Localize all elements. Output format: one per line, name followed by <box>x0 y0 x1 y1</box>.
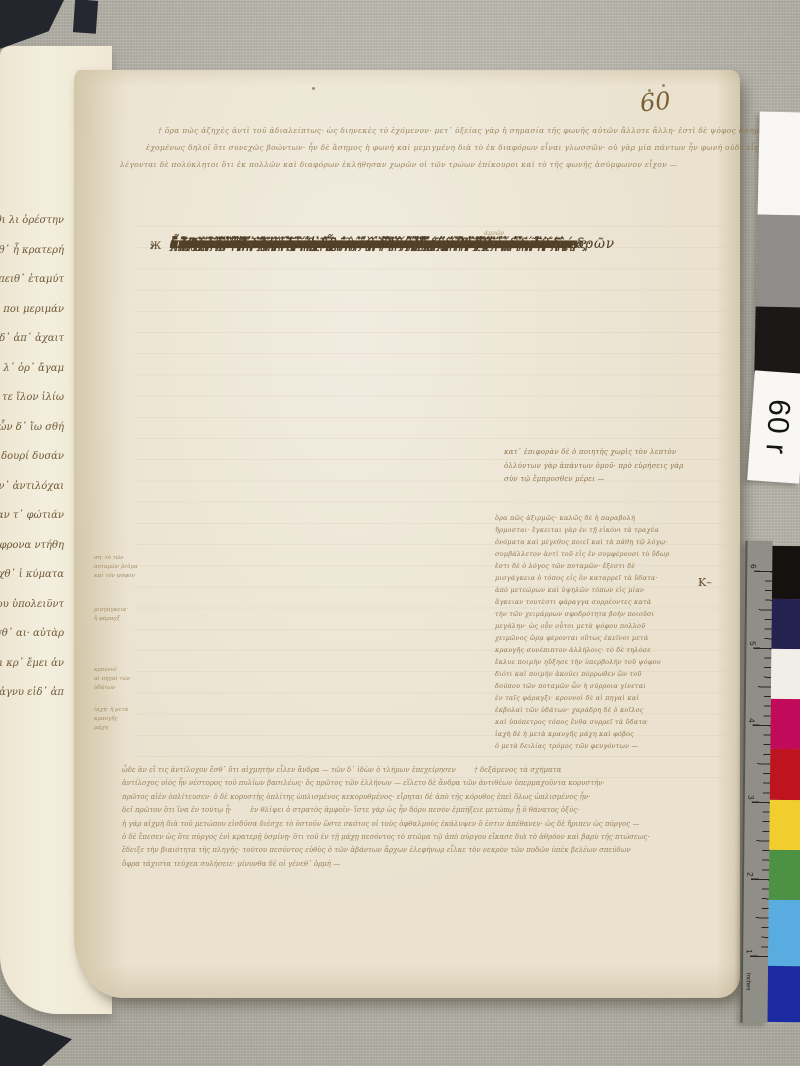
scholium-line: ἔστι δὲ ὁ λόγος τῶν ποταμῶν· ἔξεστι δὲ <box>495 560 661 572</box>
ruler-number: 3 <box>746 795 755 805</box>
grayscale-calibration-strip <box>754 112 800 374</box>
scholium-line: χειμῶνος ὥρᾳ φέρονται οὕτως ἐκεῖνοι μετὰ <box>495 632 661 644</box>
facing-page-line: απ᾽ ἀγνυ εἰδ᾽ ἀπ <box>0 678 64 708</box>
gloss-line: κρουνοί· <box>94 666 146 675</box>
scholium-line: ἄγκειαν τουτέστι φάραγγα συρρέοντες κατὰ <box>495 596 661 608</box>
gloss-line: μισγάγκεια· <box>94 606 146 615</box>
scholium-line: κατ᾽ ἐπιφορὰν δὲ ὁ ποιητὴς χωρὶς τὸν λεπ… <box>504 446 664 460</box>
facing-page-line: ᾶτ᾽ πειθ᾽ ἑταμύτ <box>0 265 64 295</box>
ruler-and-color-chart: 654321 Inches <box>740 541 800 1024</box>
photograph-of-manuscript: θι λι ὀρέστηνο σθ᾽ ἦ κρατερήᾶτ᾽ πειθ᾽ ἑτ… <box>0 0 800 1066</box>
scholium-line: δούπου τῶν ποταμῶν ὧν ἡ σύρροια γίνεται <box>495 680 661 692</box>
scholium-line: ἡ γὰρ αἰχμὴ διὰ τοῦ μετώπου εἰσδῦσα διέσ… <box>122 818 722 831</box>
ruler-number: 5 <box>748 641 757 651</box>
ink-dot <box>312 87 315 90</box>
color-patch <box>769 850 800 900</box>
scholium-line: ὧδε ἂν εἴ τις ἀντίλοχον ἔσθ᾽ ὅτι αἰχμητὴ… <box>122 764 722 777</box>
facing-page-line: οσθ᾽ αι· αὐτὰρ <box>0 619 64 649</box>
scholium-line: ἐν ταῖς φάραγξι· κρουνοὶ δὲ αἱ πηγαὶ καὶ <box>495 692 661 704</box>
facing-page-line: ο σθ᾽ ἦ κρατερή <box>0 236 64 266</box>
gloss-line: μάχη <box>94 724 146 733</box>
facing-page-line: ᾶτ᾽ αν τ᾽ φώτιάν <box>0 501 64 531</box>
facing-page-line: φαι· εἰ λ᾽ ὀρ᾽ ἄγαμ <box>0 354 64 384</box>
quire-edge-mark: Κ– <box>698 576 712 589</box>
folio-number: 60 <box>639 86 672 117</box>
scholium-line: ἀπὸ μετεώρων καὶ ὑψηλῶν τόπων εἰς μίαν <box>495 584 661 596</box>
scholium-line: πρῶτος αἰὲν ὁπλίτευσεν· ὁ δὲ κορυστὴς ὁπ… <box>122 791 722 804</box>
facing-page-line: οι φρονα ντήθη <box>0 531 64 561</box>
scholium-line: ἀντίλοχος υἱὸς ἦν νέστορος τοῦ πυλίων βα… <box>122 777 722 790</box>
scholium-line: τὴν τῶν χειμάρρων σφοδρότητα βοὴν ποιοῦσ… <box>495 608 661 620</box>
gloss-line: κραυγῆς <box>94 715 146 724</box>
grayscale-patch <box>758 112 800 216</box>
scholium-line: συμβάλλετον ἀντὶ τοῦ εἰς ἓν συμφέρουσι τ… <box>495 548 661 560</box>
facing-page-line: μαι κρ᾽ ἔμει ἀν <box>0 649 64 679</box>
book-cover-strap <box>73 0 98 34</box>
scholium-line: ἐχομένως δηλοῖ ὅτι συνεχῶς βοώντων· ἦν δ… <box>146 139 750 156</box>
facing-page-line: ε θαν δουρί δυσάν <box>0 442 64 472</box>
facing-page-line: αι ὧν δ᾽ ἴω σθή <box>0 413 64 443</box>
color-patch <box>771 599 800 649</box>
scholium-line: ὅρα πῶς ἀξιρμῶς· καλῶς δὲ ἡ παραβολὴ <box>495 512 661 524</box>
scholium-line: μεγάλην· ὡς οὖν οὗτοι μετὰ ψόφου πολλοῦ <box>495 620 661 632</box>
scholium-line: ὁ δὲ ἔπεσεν ὡς ὅτε πύργος ἐνὶ κρατερῇ ὑσ… <box>122 831 722 844</box>
top-margin-scholia: † ὅρα πῶς ἀζηχὲς ἀντὶ τοῦ ἀδιαλείπτως· ὡ… <box>146 122 750 173</box>
scholium-line: καὶ ὑπόπετρος τόπος ἔνθα συρρεῖ τὰ ὕδατα… <box>495 716 661 728</box>
gloss-line: καὶ τὸν ψόφον <box>94 572 146 581</box>
scholium-line: ἔκλυε ποιμὴν ηὔξησε τὴν ὑπερβολὴν τοῦ ψό… <box>495 656 661 668</box>
bottom-margin-scholia: ὧδε ἂν εἴ τις ἀντίλοχον ἔσθ᾽ ὅτι αἰχμητὴ… <box>122 764 722 871</box>
grayscale-patch <box>754 307 800 374</box>
manuscript-page-folio-60r: 60 † ὅρα πῶς ἀζηχὲς ἀντὶ τοῦ ἀδιαλείπτως… <box>74 70 740 998</box>
right-margin-scholium-upper: κατ᾽ ἐπιφορὰν δὲ ὁ ποιητὴς χωρὶς τὸν λεπ… <box>504 446 664 487</box>
folio-side-label: 60 r <box>758 398 796 456</box>
color-patch <box>767 966 800 1022</box>
color-patch <box>769 800 800 850</box>
left-margin-gloss: μισγάγκεια·ἡ φάραγξ <box>94 606 146 624</box>
book-cover-corner-top-left <box>0 0 64 52</box>
facing-page-line: τε ἴλον ἰλίω <box>0 383 64 413</box>
scholium-line: ἔδειξε τὴν βιαιότητα τῆς πληγῆς· τούτου … <box>122 844 722 857</box>
gloss-line: ἡ φάραγξ <box>94 615 146 624</box>
ruler-number: 1 <box>745 949 754 959</box>
scholium-line: σὺν τῷ ἔμπροσθεν μέρει — <box>504 473 664 487</box>
gloss-line: ἰαχή· ἡ μετὰ <box>94 706 146 715</box>
left-margin-gloss: κρουνοί·αἱ πηγαὶ τῶνὑδάτων <box>94 666 146 693</box>
ruler-unit-label: Inches <box>745 973 751 991</box>
grayscale-patch <box>756 215 800 308</box>
gloss-line: ὑδάτων <box>94 684 146 693</box>
facing-page-line: θι λι ὀρέστην <box>0 206 64 236</box>
gloss-line: αἱ πηγαὶ τῶν <box>94 675 146 684</box>
color-patch <box>770 699 800 749</box>
color-patch <box>770 749 800 800</box>
left-margin-gloss: ση· τὸ τῶνποταμῶν ῥεῦμακαὶ τὸν ψόφον <box>94 554 146 581</box>
scholium-line: ἥρμοσται· ἔγκειται γὰρ ἐν τῇ εἰκόνι τὰ τ… <box>495 524 661 536</box>
ruler-number: 2 <box>745 872 754 882</box>
scholium-line: ὀλλύντων γὰρ ἁπάντων ὁμοῦ· πρὸ εὑρήσεις … <box>504 460 664 474</box>
scholium-line: ὀνόματα καὶ μέγεθος ποιεῖ καὶ τὰ πάθη τῷ… <box>495 536 661 548</box>
scholium-line: ὁ μετὰ δειλίας τρόμος τῶν φευγόντων — <box>495 740 661 752</box>
scholium-line: λέγονται δὲ πολύκλητοι ὅτι ἐκ πολλῶν καὶ… <box>120 156 750 173</box>
ruler-number: 6 <box>749 564 758 574</box>
left-margin-gloss: ἰαχή· ἡ μετὰκραυγῆςμάχη <box>94 706 146 733</box>
color-patch <box>768 900 800 966</box>
facing-page-line: λοχθ᾽ ἱ κύματα <box>0 560 64 590</box>
facing-page-line: μὴ δ᾽ ἀπ᾽ ἀχαιτ <box>0 324 64 354</box>
right-margin-scholium-lower: ὅρα πῶς ἀξιρμῶς· καλῶς δὲ ἡ παραβολὴἥρμο… <box>495 512 661 752</box>
scholium-line: κραυγῆς συνέπιπτον ἀλλήλοις· τὸ δὲ τηλόσ… <box>495 644 661 656</box>
book-cover-corner-bottom-left <box>0 1010 72 1066</box>
folio-side-label-card: 60 r <box>747 370 800 483</box>
marginal-mark: › <box>150 236 166 257</box>
scholium-line: ὄφρα τάχιστα τεύχεα συλήσειε· μίνυνθα δέ… <box>122 858 722 871</box>
facing-page-line: δότ᾽ ν᾽ ἀντιλόχαι <box>0 472 64 502</box>
facing-page-line: ρου ὑπολειϋντ <box>0 590 64 620</box>
scholium-line: † ὅρα πῶς ἀζηχὲς ἀντὶ τοῦ ἀδιαλείπτως· ὡ… <box>158 122 750 139</box>
ruler-number: 4 <box>747 718 756 728</box>
scholium-line: μισγάγκεια ὁ τόπος εἰς ὃν καταρρεῖ τὰ ὕδ… <box>495 572 661 584</box>
verse-text: τόν ῥ᾽ ἔβαλε πρῶτος κόρυθος φάλον ἱπποδα… <box>170 234 570 255</box>
color-calibration-patches <box>767 546 800 1022</box>
color-patch <box>772 546 800 599</box>
scholium-line: ἰαχὴ δὲ ἡ μετὰ κραυγῆς μάχη καὶ φόβος <box>495 728 661 740</box>
color-patch <box>771 649 800 699</box>
gloss-line: ση· τὸ τῶν <box>94 554 146 563</box>
facing-page-text-fragments: θι λι ὀρέστηνο σθ᾽ ἦ κρατερήᾶτ᾽ πειθ᾽ ἑτ… <box>0 206 64 766</box>
facing-page-line: νι ποι μεριμάν <box>0 295 64 325</box>
scholium-line: δεῖ πρῶτον ὅτι ἵνα ἐν τούτῳ ᾖ· ἐν θλίψει… <box>122 804 722 817</box>
scholium-line: διότι καὶ ποιμὴν ἀκούει πόρρωθεν ὢν τοῦ <box>495 668 661 680</box>
gloss-line: ποταμῶν ῥεῦμα <box>94 563 146 572</box>
scholium-line: ἐκβολαὶ τῶν ὑδάτων· χαράδρη δὲ ὁ κοῖλος <box>495 704 661 716</box>
